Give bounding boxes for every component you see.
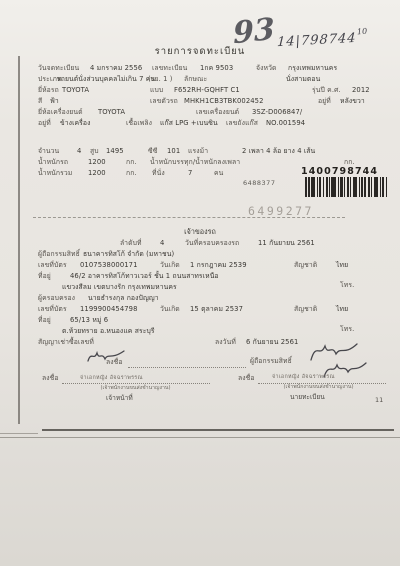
officer-role-left: เจ้าหน้าที่ [106,392,133,403]
hp-value: 101 [167,147,180,155]
tank-value: NO.001594 [266,119,305,127]
possessor-nationality-label: สัญชาติ [294,305,317,313]
possessor-dob-value: 15 ตุลาคม 2537 [190,305,243,313]
owner-section-header: เจ้าของรถ [0,227,400,238]
fuel-label: เชื้อเพลิง [126,119,152,127]
reg-date-value: 4 มกราคม 2556 [90,64,142,72]
color-label: สี [38,97,42,105]
province-value: กรุงเทพมหานคร [288,64,337,72]
hp-unit: แรงม้า [188,147,208,155]
faint-stamp-number: 6499277 [248,204,314,218]
officer-role-right: นายทะเบียน [290,391,325,402]
holder-label: ผู้ถือกรรมสิทธิ์ [38,250,80,258]
gross-weight-unit: กก. [126,169,137,177]
sign-label-officer-left: ลงชื่อ [42,374,59,382]
chassis-value: MHKH1CB3TBK002452 [184,97,264,105]
reg-no-label: เลขทะเบียน [152,64,187,72]
sequence-label: ลำดับที่ [120,239,142,247]
bottom-rule-thin [0,437,400,438]
cc-unit: ซีซี [148,147,157,155]
engine-pos-value: ข้างเครื่อง [60,119,91,127]
engine-no-value: 3SZ-D006847/ [252,108,302,116]
year-value: 2012 [352,86,370,94]
chassis-label: เลขตัวรถ [150,97,178,105]
signature-line-holder [128,366,246,368]
possessor-name: นายธำรงกุล กองปัญญา [88,294,159,302]
holder-dob-label: วันเกิด [160,261,180,269]
brand-value: TOYOTA [62,86,89,94]
body-label: ลักษณะ [184,75,207,83]
barcode-number: 1400798744 [301,166,378,177]
fuel-value: แก๊ส LPG +เบนซิน [160,119,218,127]
holder-role-label: ผู้ถือกรรมสิทธิ์ [250,357,292,365]
scan-edge-line [18,56,20,424]
document-title: รายการจดทะเบียน [0,44,400,59]
serial-stamp: 6488377 [243,179,275,187]
type-value: รถยนต์นั่งส่วนบุคคลไม่เกิน 7 คน [57,75,155,83]
holder-address-line2: แขวงสีลม เขตบางรัก กรุงเทพมหานคร [62,283,177,291]
possessor-dob-label: วันเกิด [160,305,180,313]
contract-date-value: 6 กันยายน 2561 [246,338,298,346]
possessor-nationality-value: ไทย [336,305,348,313]
cylinder-unit: สูบ [90,147,99,155]
cc-value: 1495 [106,147,124,155]
holder-dob-value: 1 กรกฎาคม 2539 [190,261,247,269]
sign-label-officer-right: ลงชื่อ [238,374,255,382]
reg-date-label: วันจดทะเบียน [38,64,79,72]
cylinder-label: จำนวน [38,147,59,155]
page-number: 11 [375,396,383,404]
possessor-tel-label: โทร. [340,325,354,333]
cylinder-value: 4 [77,147,81,155]
reg-no-value: 1กค 9503 [200,64,233,72]
holder-tel-label: โทร. [340,281,354,289]
officer-title-left: (เจ้าพนักงานขนส่งชำนาญงาน) [58,384,213,392]
possessor-address-line2: ต.ห้วยทราย อ.หนองแค สระบุรี [62,327,155,335]
holder-nationality-value: ไทย [336,261,348,269]
possess-date-value: 11 กันยายน 2561 [258,239,315,247]
province-label: จังหวัด [256,64,277,72]
load-label: น้ำหนักบรรทุก/น้ำหนักลงเพลา [150,158,240,166]
engine-brand-label: ยี่ห้อเครื่องยนต์ [38,108,83,116]
possess-date-label: วันที่ครอบครองรถ [185,239,239,247]
bottom-rule-left-segment [0,433,38,434]
year-label: รุ่นปี ค.ศ. [312,86,341,94]
possessor-address-line1: 65/13 หมู่ 6 [70,316,108,324]
body-value: นั่งสามตอน [286,75,320,83]
holder-address-line1: 46/2 อาคารทิสโก้ทาวเวอร์ ชั้น 1 ถนนสาทรเ… [70,272,219,280]
brand-label: ยี่ห้อรถ [38,86,59,94]
chassis-pos-value: หลังขวา [340,97,365,105]
engine-no-label: เลขเครื่องยนต์ [196,108,239,116]
possessor-id-label: เลขที่บัตร [38,305,67,313]
chassis-pos-label: อยู่ที่ [318,97,331,105]
model-label: แบบ [150,86,163,94]
sign-label-holder: ลงชื่อ [106,358,123,366]
weight-unit: กก. [126,158,137,166]
officer-title-right: (เจ้าพนักงานขนส่งชำนาญงาน) [246,383,391,391]
model-value: F652RH-GQHFT C1 [174,86,240,94]
gross-weight-label: น้ำหนักรวม [38,169,72,177]
engine-pos-label: อยู่ที่ [38,119,51,127]
scanned-registration-document: 93 14|798744 10 รายการจดทะเบียน วันจดทะเ… [0,0,400,566]
seat-label: ที่นั่ง [152,169,165,177]
seat-value: 7 [188,169,192,177]
sequence-value: 4 [160,239,164,247]
holder-address-label: ที่อยู่ [38,272,51,280]
handwritten-superscript: 10 [357,27,368,37]
holder-id-label: เลขที่บัตร [38,261,67,269]
officer-stamp-name-left: จ่าเอกหญิง อัจฉราพรรณ [80,374,143,382]
weight-value: 1200 [88,158,106,166]
holder-id-value: 0107538000171 [80,261,138,269]
possessor-address-label: ที่อยู่ [38,316,51,324]
contract-date-label: ลงวันที่ [215,338,236,346]
barcode [305,177,389,197]
holder-nationality-label: สัญชาติ [294,261,317,269]
engine-brand-value: TOYOTA [98,108,125,116]
type-code: (รย. 1 ) [148,75,173,83]
axle-wheel-tyre: 2 เพลา 4 ล้อ ยาง 4 เส้น [242,147,315,155]
officer-stamp-name-right: จ่าเอกหญิง อัจฉราพรรณ [272,373,335,381]
gross-weight-value: 1200 [88,169,106,177]
bottom-rule-dark [42,429,394,431]
possessor-label: ผู้ครอบครอง [38,294,75,302]
seat-unit: คน [214,169,223,177]
possessor-id-value: 1199900454798 [80,305,138,313]
color-value: ฟ้า [50,97,59,105]
contract-label: สัญญาเช่าซื้อเลขที่ [38,338,94,346]
holder-name: ธนาคารทิสโก้ จำกัด (มหาชน) [83,250,174,258]
tank-label: เลขถังแก๊ส [226,119,258,127]
weight-label: น้ำหนักรถ [38,158,68,166]
